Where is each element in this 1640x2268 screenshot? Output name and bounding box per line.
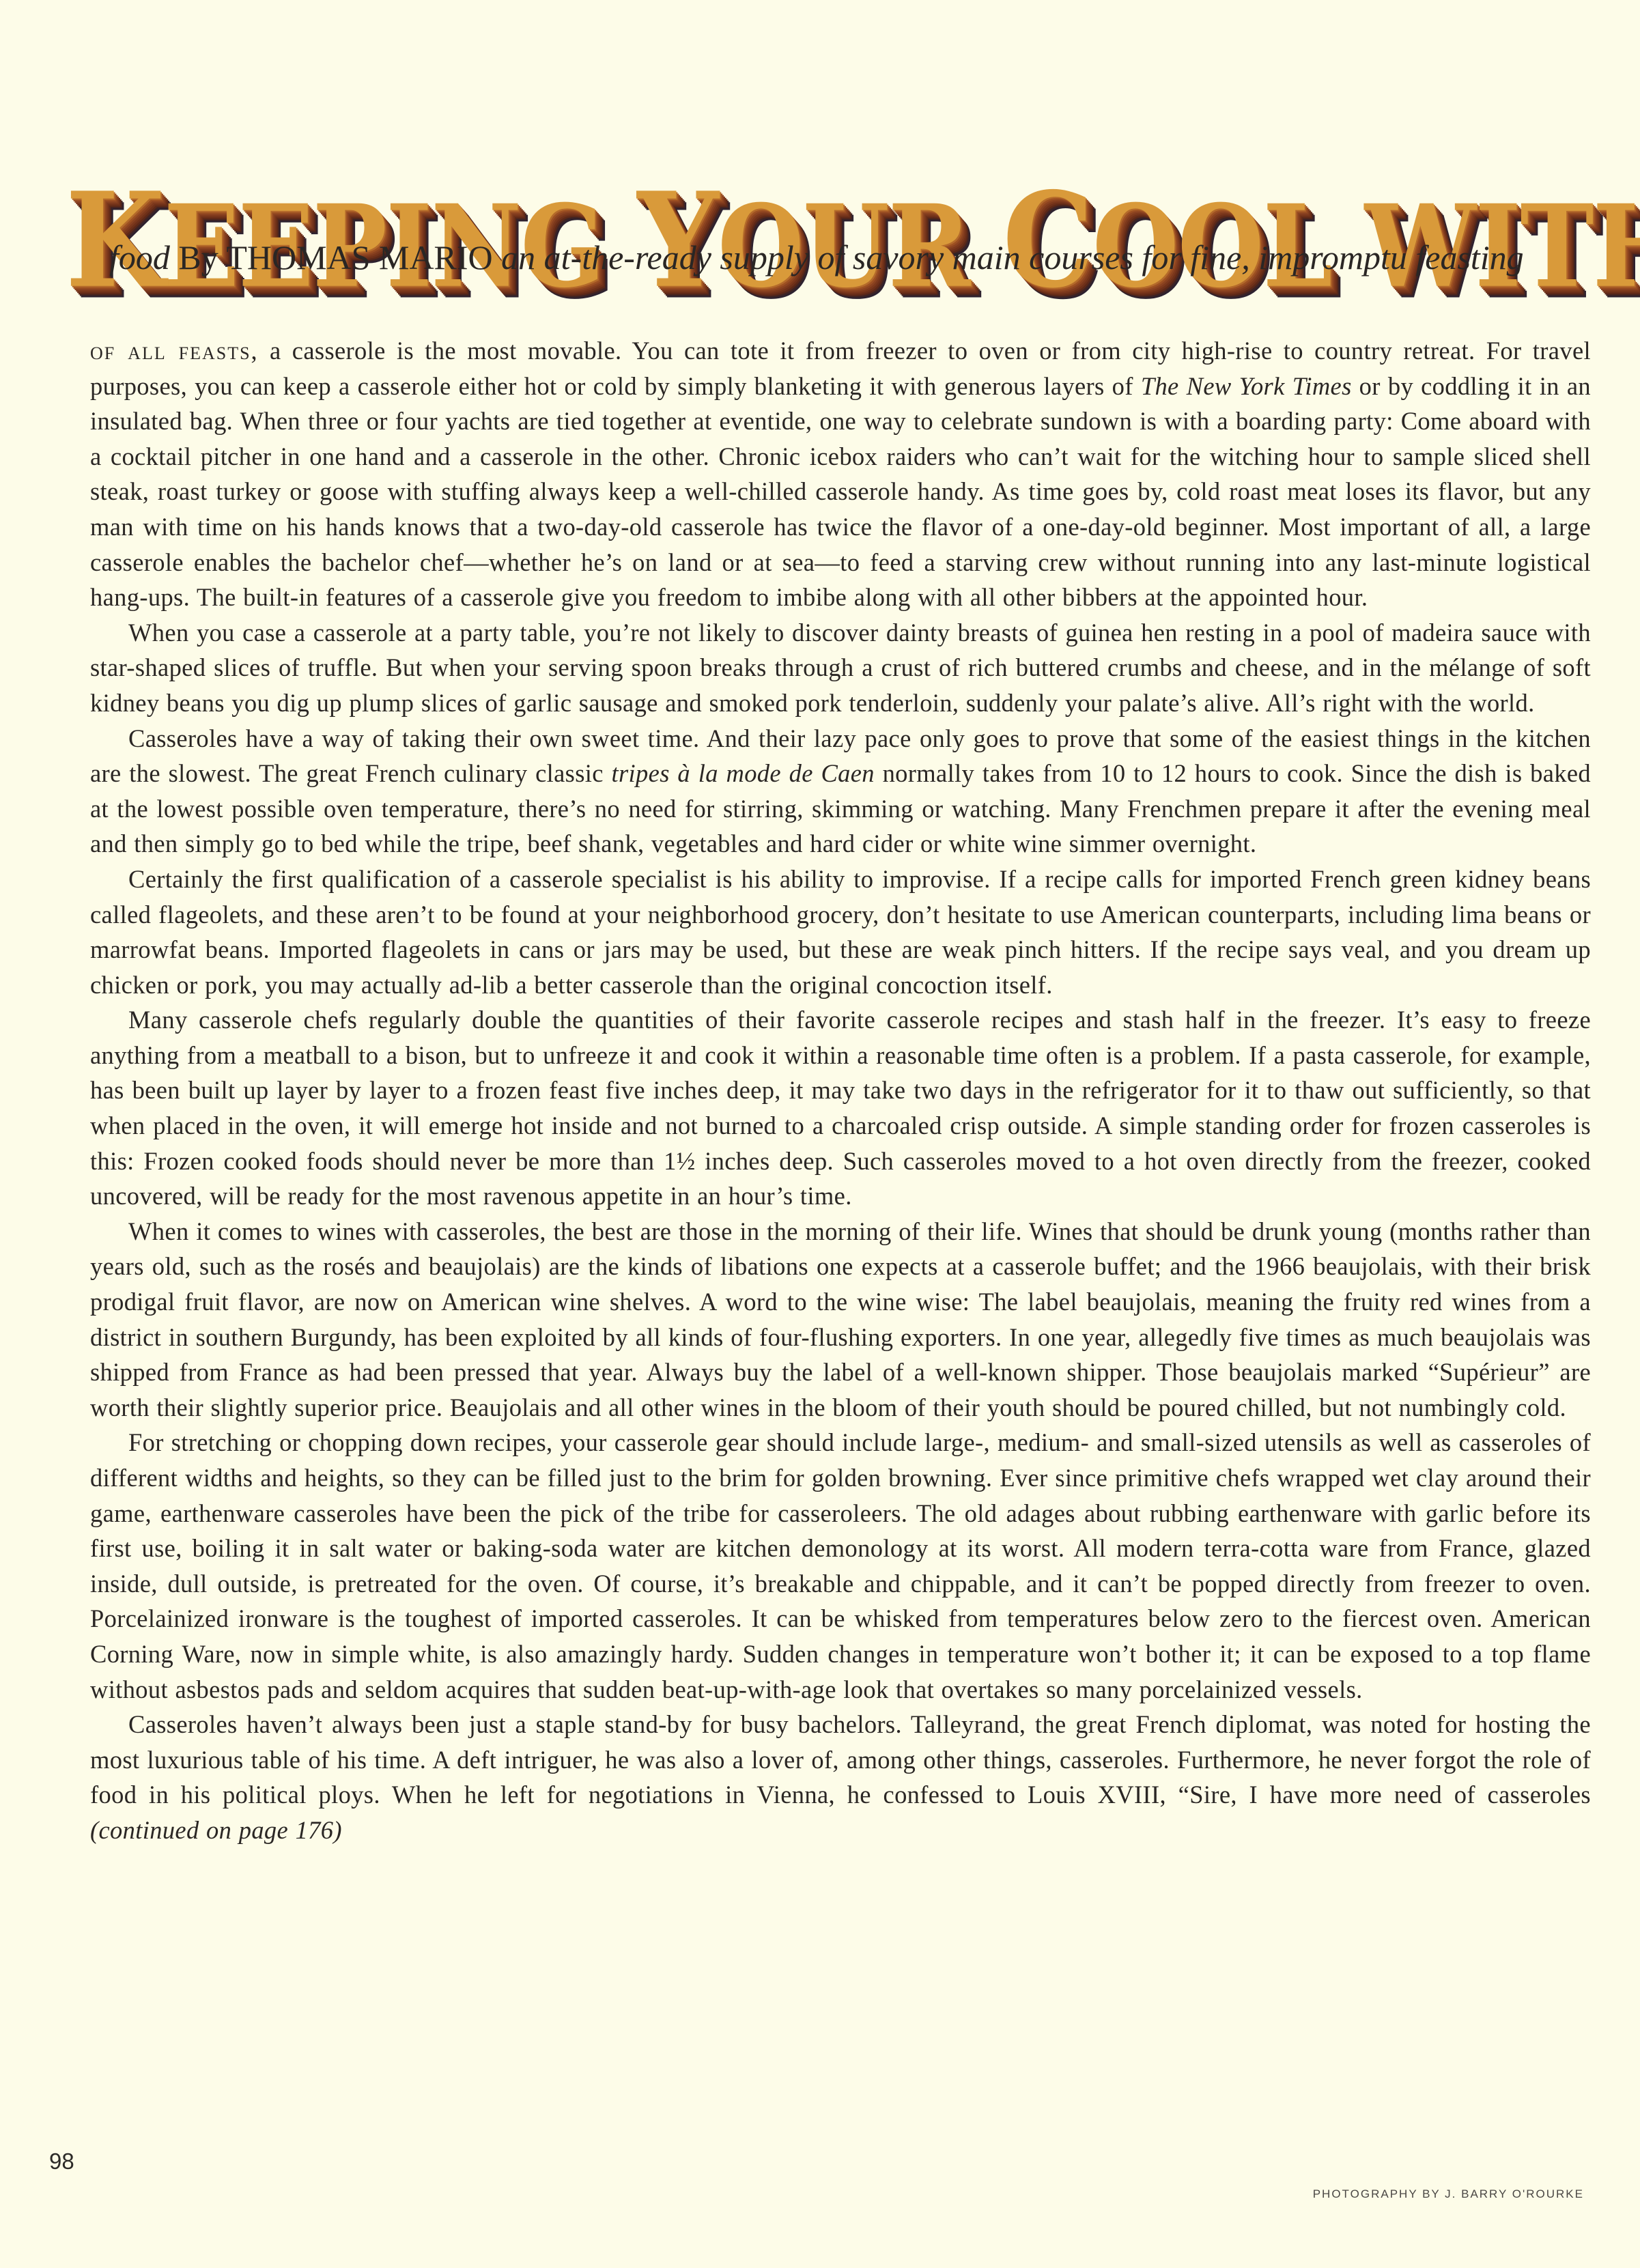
dek: an at-the-ready supply of savory main co… <box>501 238 1524 277</box>
page-number: 98 <box>49 2149 74 2174</box>
paragraph: Casseroles haven’t always been just a st… <box>90 1707 1591 1847</box>
section-label: food <box>109 238 170 277</box>
lead-in: Of all feasts, <box>90 337 259 365</box>
continued-link: (continued on page 176) <box>90 1816 342 1844</box>
paragraph: When it comes to wines with casseroles, … <box>90 1214 1591 1426</box>
article-body: Of all feasts, a casserole is the most m… <box>90 333 1591 1848</box>
paragraph: Many casserole chefs regularly double th… <box>90 1002 1591 1214</box>
photo-credit: PHOTOGRAPHY BY J. BARRY O'ROURKE <box>1313 2187 1584 2201</box>
paragraph: For stretching or chopping down recipes,… <box>90 1425 1591 1707</box>
author: By THOMAS MARIO <box>178 238 492 277</box>
paragraph: Of all feasts, a casserole is the most m… <box>90 333 1591 615</box>
paragraph: Certainly the first qualification of a c… <box>90 862 1591 1002</box>
byline: food By THOMAS MARIO an at-the-ready sup… <box>109 240 1585 274</box>
paragraph: When you case a casserole at a party tab… <box>90 615 1591 721</box>
paragraph: Casseroles have a way of taking their ow… <box>90 721 1591 862</box>
